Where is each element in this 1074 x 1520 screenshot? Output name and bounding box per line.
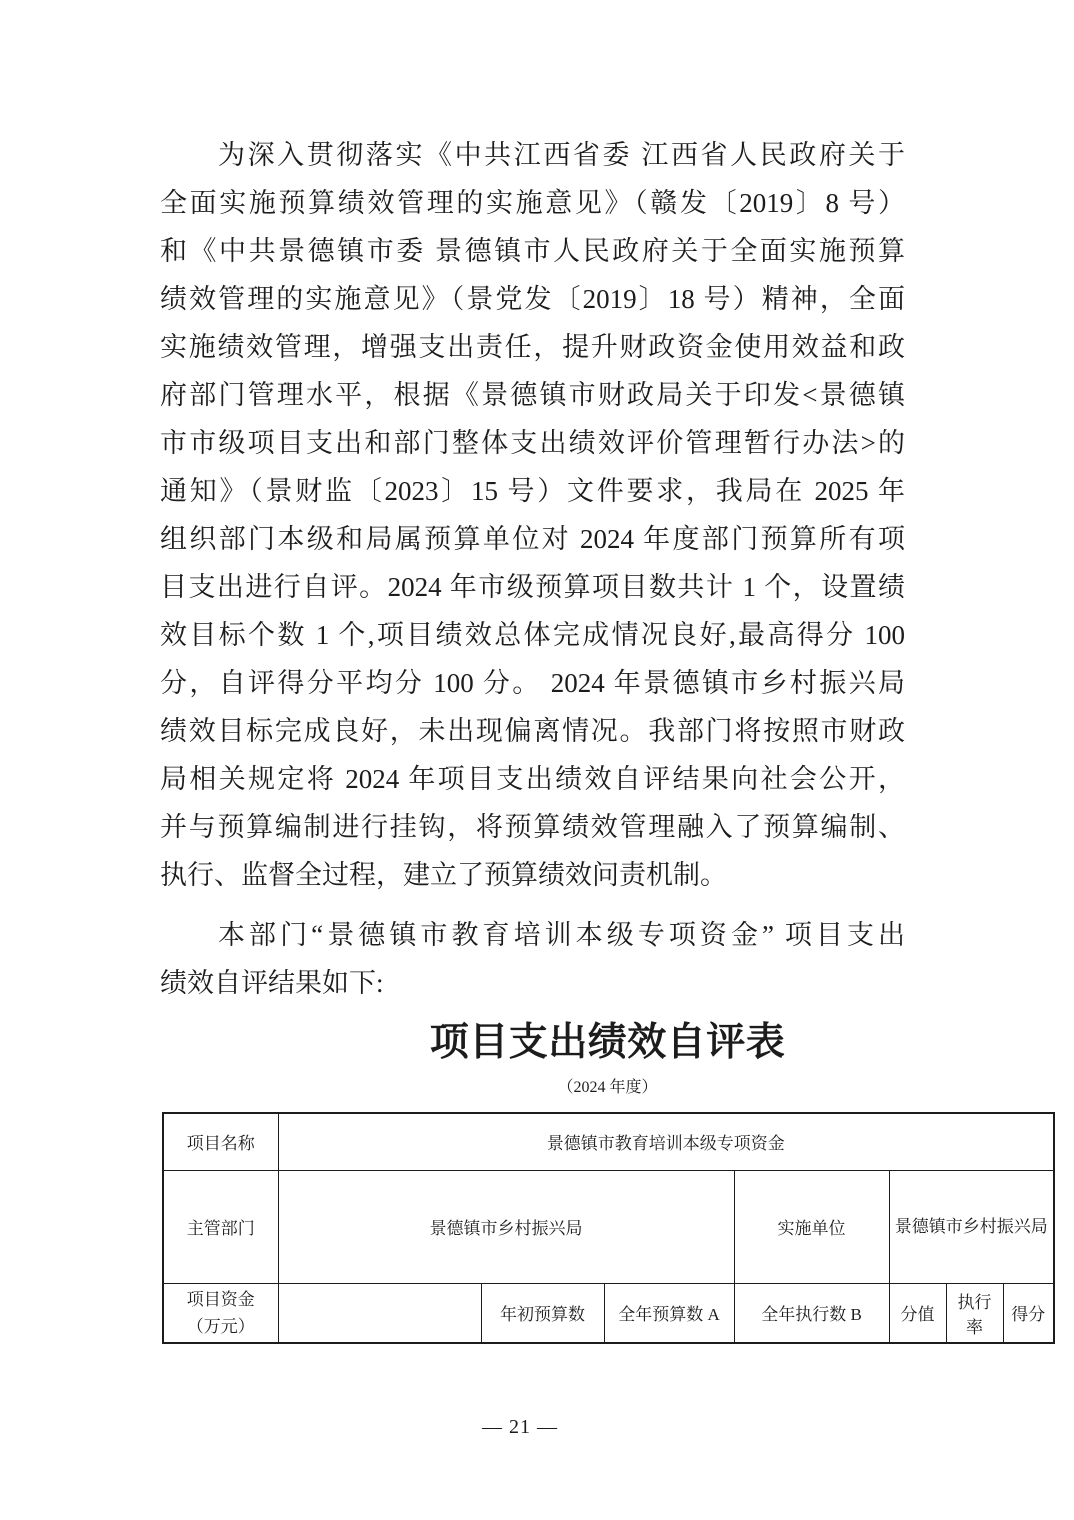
table-title: 项目支出绩效自评表	[162, 1018, 1053, 1068]
table-row: 项目资金 （万元） 年初预算数 全年预算数 A 全年执行数 B 分值 执行率 得…	[163, 1283, 1054, 1343]
funds-empty-cell	[278, 1283, 481, 1343]
text-line: 府部门管理水平，根据《景德镇市财政局关于印发<景德镇	[160, 371, 905, 419]
text-line: 本部门“景德镇市教育培训本级专项资金” 项目支出	[160, 911, 905, 959]
paragraph-2: 本部门“景德镇市教育培训本级专项资金” 项目支出 绩效自评结果如下:	[160, 911, 905, 1007]
page-number: — 21 —	[0, 1416, 1040, 1439]
funds-label-line1: 项目资金	[168, 1286, 274, 1313]
col-header-execution-rate: 执行率	[946, 1283, 1003, 1343]
text-line: 绩效目标完成良好，未出现偏离情况。我部门将按照市财政	[160, 707, 905, 755]
text-line: 分，自评得分平均分 100 分。 2024 年景德镇市乡村振兴局	[160, 659, 905, 707]
text-line: 并与预算编制进行挂钩，将预算绩效管理融入了预算编制、	[160, 803, 905, 851]
body-text: 为深入贯彻落实《中共江西省委 江西省人民政府关于 全面实施预算绩效管理的实施意见…	[160, 131, 905, 1007]
text-line: 实施绩效管理，增强支出责任，提升财政资金使用效益和政	[160, 323, 905, 371]
dept-value: 景德镇市乡村振兴局	[278, 1170, 734, 1283]
text-line: 组织部门本级和局属预算单位对 2024 年度部门预算所有项	[160, 515, 905, 563]
col-header-score: 得分	[1003, 1283, 1054, 1343]
project-name-label: 项目名称	[163, 1113, 278, 1170]
impl-unit-label: 实施单位	[734, 1170, 889, 1283]
text-line: 绩效管理的实施意见》（景党发〔2019〕18 号）精神，全面	[160, 275, 905, 323]
document-page: 为深入贯彻落实《中共江西省委 江西省人民政府关于 全面实施预算绩效管理的实施意见…	[0, 0, 1074, 1520]
project-name-value: 景德镇市教育培训本级专项资金	[278, 1113, 1054, 1170]
funds-label-line2: （万元）	[168, 1313, 274, 1340]
table-row: 项目名称 景德镇市教育培训本级专项资金	[163, 1113, 1054, 1170]
col-header-score-value: 分值	[889, 1283, 946, 1343]
text-line: 目支出进行自评。2024 年市级预算项目数共计 1 个，设置绩	[160, 563, 905, 611]
col-header-annual-budget: 全年预算数 A	[604, 1283, 734, 1343]
funds-label: 项目资金 （万元）	[163, 1283, 278, 1343]
text-line: 和《中共景德镇市委 景德镇市人民政府关于全面实施预算	[160, 227, 905, 275]
text-line: 执行、监督全过程，建立了预算绩效问责机制。	[160, 851, 905, 899]
text-line: 绩效自评结果如下:	[160, 959, 905, 1007]
col-header-initial-budget: 年初预算数	[481, 1283, 604, 1343]
text-line: 市市级项目支出和部门整体支出绩效评价管理暂行办法>的	[160, 419, 905, 467]
dept-label: 主管部门	[163, 1170, 278, 1283]
paragraph-1: 为深入贯彻落实《中共江西省委 江西省人民政府关于 全面实施预算绩效管理的实施意见…	[160, 131, 905, 899]
self-eval-section: 项目支出绩效自评表 （2024 年度） 项目名称 景德镇市教育培训本级专项资金	[162, 1014, 1053, 1344]
table-subtitle: （2024 年度）	[162, 1076, 1053, 1100]
text-line: 为深入贯彻落实《中共江西省委 江西省人民政府关于	[160, 131, 905, 179]
self-eval-table: 项目名称 景德镇市教育培训本级专项资金 主管部门 景德镇市乡村振兴局 实施单位 …	[162, 1112, 1055, 1344]
impl-unit-value: 景德镇市乡村振兴局	[889, 1170, 1054, 1283]
text-line: 效目标个数 1 个,项目绩效总体完成情况良好,最高得分 100	[160, 611, 905, 659]
text-line: 全面实施预算绩效管理的实施意见》（赣发〔2019〕8 号）	[160, 179, 905, 227]
text-line: 通知》（景财监〔2023〕15 号）文件要求，我局在 2025 年	[160, 467, 905, 515]
table-row: 主管部门 景德镇市乡村振兴局 实施单位 景德镇市乡村振兴局	[163, 1170, 1054, 1283]
col-header-annual-execution: 全年执行数 B	[734, 1283, 889, 1343]
text-line: 局相关规定将 2024 年项目支出绩效自评结果向社会公开，	[160, 755, 905, 803]
